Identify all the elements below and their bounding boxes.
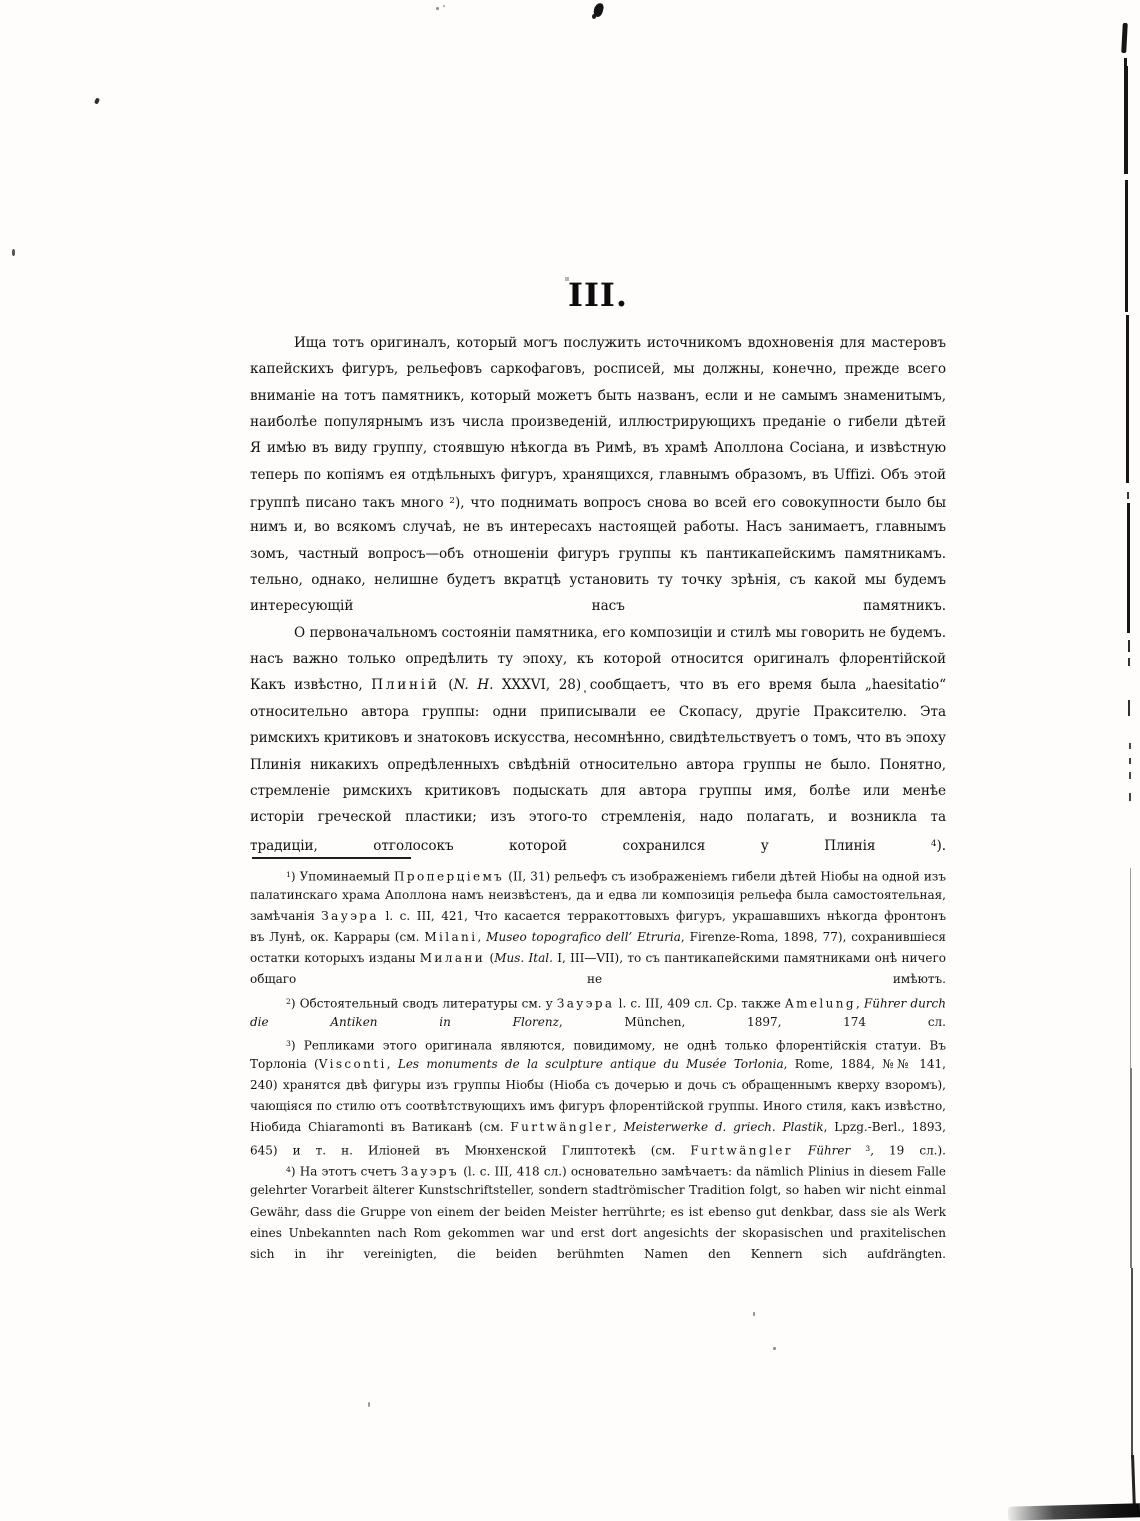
text-line: sich in ihr vereinigten, die beiden berü… (250, 1244, 946, 1265)
text-line: капейскихъ фигуръ, рельефовъ саркофаговъ… (250, 356, 946, 382)
page-edge-line (1121, 23, 1128, 53)
page-edge-line (1128, 700, 1130, 716)
text-line: Я имѣю въ виду группу, стоявшую нѣкогда … (250, 435, 946, 461)
text-line: Gewähr, dass die Gruppe von einem der be… (250, 1202, 946, 1223)
scan-ink-blob (592, 14, 596, 19)
footnote: 3) Репликами этого оригинала являются, п… (250, 1033, 946, 1160)
footnotes: 1) Упоминаемый Проперціемъ (II, 31) рель… (250, 864, 946, 1265)
footnote-marker: 2 (449, 496, 455, 506)
main-text: Ища тотъ оригиналъ, который могъ послужи… (250, 330, 946, 857)
scan-speck (753, 1312, 755, 1316)
text-line: Ища тотъ оригиналъ, который могъ послужи… (250, 330, 946, 356)
italic-text: Les monuments de la sculpture antique du… (398, 1057, 784, 1071)
italic-text: die Antiken in Florenz (250, 1015, 559, 1029)
page-edge-line (1126, 315, 1129, 483)
spaced-name: Проперціемъ (394, 869, 504, 883)
text-line: относительно автора группы: одни приписы… (250, 699, 946, 725)
spaced-name: Furtwängler (690, 1144, 793, 1158)
text-line: Какъ извѣстно, Плиній (N. H. XXXVI, 28) … (250, 672, 946, 698)
spaced-name: Милани (420, 951, 485, 965)
text-line: остатки которыхъ изданы Милани (Mus. Ita… (250, 948, 946, 969)
italic-text: Führer (808, 1144, 865, 1158)
footnote: 1) Упоминаемый Проперціемъ (II, 31) рель… (250, 864, 946, 991)
scan-speck (773, 1347, 776, 1350)
page-edge-line (1130, 868, 1131, 1068)
spaced-name: Milani (424, 930, 477, 944)
page-edge-line (1128, 640, 1130, 652)
paragraph: Ища тотъ оригиналъ, который могъ послужи… (250, 330, 946, 620)
text-line: Плинія никакихъ опредѣленныхъ свѣдѣній о… (250, 752, 946, 778)
text-line: интересующій насъ памятникъ. (250, 593, 946, 619)
footnote-separator-rule (252, 857, 411, 859)
text-line: Ніобида Chiaramonti въ Ватиканѣ (см. Fur… (250, 1117, 946, 1138)
page-edge-line (1125, 180, 1128, 312)
text-line: 240) хранятся двѣ фигуры изъ группы Ніоб… (250, 1075, 946, 1096)
scan-speck (584, 690, 586, 693)
scan-speck (12, 249, 15, 256)
scanned-page: III. Ища тотъ оригиналъ, который могъ по… (0, 0, 1140, 1521)
spaced-name: Amelung (785, 996, 856, 1010)
text-line: eines Unbekannten nach Rom gekommen war … (250, 1223, 946, 1244)
text-line: 645) и т. н. Иліоней въ Мюнхенской Глипт… (250, 1138, 946, 1159)
scan-speck (94, 97, 100, 104)
page-edge-line (1127, 492, 1129, 499)
footnote-marker: 3 (286, 1039, 291, 1048)
footnote: 4) На этотъ счетъ Зауэръ (l. c. III, 418… (250, 1159, 946, 1264)
text-line: gelehrter Vorarbeit älterer Kunstschrift… (250, 1180, 946, 1201)
footnote-marker: 4 (931, 839, 937, 849)
text-line: группѣ писано такъ много 2), что поднима… (250, 488, 946, 514)
spaced-name: Зауэръ (401, 1165, 459, 1179)
text-line: 1) Упоминаемый Проперціемъ (II, 31) рель… (250, 864, 946, 885)
text-line: вниманіе на тотъ памятникъ, который може… (250, 383, 946, 409)
spaced-name: Плиній (371, 677, 439, 693)
text-line: die Antiken in Florenz, München, 1897, 1… (250, 1012, 946, 1033)
italic-text: Führer durch (864, 996, 946, 1010)
spaced-name: Зауэра (321, 909, 379, 923)
scan-speck (436, 7, 439, 10)
text-line: римскихъ критиковъ и знатоковъ искусства… (250, 725, 946, 751)
text-line: въ Лунѣ, ок. Каррары (см. Milani, Museo … (250, 927, 946, 948)
page-edge-line (1127, 503, 1130, 633)
italic-text: Meisterwerke d. griech. Plastik (624, 1120, 824, 1134)
paragraph: О первоначальномъ состояніи памятника, е… (250, 620, 946, 857)
page-edge-line (1129, 743, 1131, 749)
footnote-marker: 3 (865, 1144, 870, 1153)
text-line: наиболѣе популярнымъ изъ числа произведе… (250, 409, 946, 435)
text-line: тельно, однако, нелишне будетъ вкратцѣ у… (250, 567, 946, 593)
page-edge-line (1129, 758, 1131, 764)
page-edge-line (1131, 1455, 1136, 1510)
text-line: 3) Репликами этого оригинала являются, п… (250, 1033, 946, 1054)
chapter-heading: III. (250, 276, 946, 314)
text-line: Торлоніа (Visconti, Les monuments de la … (250, 1054, 946, 1075)
text-line: насъ важно только опредѣлить ту эпоху, к… (250, 646, 946, 672)
italic-text: Museo topografico dell’ Etruria (486, 930, 681, 944)
text-line: традиціи, отголосокъ которой сохранился … (250, 831, 946, 857)
scan-smudge-bottom-right (1008, 1503, 1140, 1520)
page-edge-line (1129, 793, 1131, 801)
text-line: нимъ и, во всякомъ случаѣ, не въ интерес… (250, 514, 946, 540)
text-line: стремленіе римскихъ критиковъ подыскать … (250, 778, 946, 804)
text-line: теперь по копіямъ ея отдѣльныхъ фигуръ, … (250, 462, 946, 488)
text-line: палатинскаго храма Аполлона намъ неизвѣс… (250, 885, 946, 906)
text-line: 4) На этотъ счетъ Зауэръ (l. c. III, 418… (250, 1159, 946, 1180)
text-line: 2) Обстоятельный сводъ литературы см. у … (250, 991, 946, 1012)
text-line: зомъ, частный вопросъ—объ отношеніи фигу… (250, 541, 946, 567)
scan-speck (368, 1402, 370, 1407)
footnote: 2) Обстоятельный сводъ литературы см. у … (250, 991, 946, 1033)
page-edge-line (1131, 1268, 1133, 1458)
italic-text: N. H. (453, 677, 493, 693)
footnote-marker: 2 (286, 997, 291, 1006)
text-line: О первоначальномъ состояніи памятника, е… (250, 620, 946, 646)
spaced-name: Furtwängler (510, 1120, 613, 1134)
page-edge-line (1129, 772, 1131, 779)
spaced-name: Visconti (319, 1057, 387, 1071)
spaced-name: Зауэра (557, 996, 615, 1010)
text-line: общаго не имѣютъ. (250, 969, 946, 990)
scan-speck (565, 277, 569, 281)
page-edge-line (1128, 658, 1130, 666)
scan-speck (443, 5, 445, 7)
text-line: замѣчанія Зауэра l. c. III, 421, Что кас… (250, 906, 946, 927)
text-line: чающіяся по стилю отъ соотвѣтствующихъ и… (250, 1096, 946, 1117)
text-line: исторіи греческой пластики; изъ этого-то… (250, 804, 946, 830)
footnote-marker: 1 (286, 870, 291, 879)
italic-text: Mus. Ital. (494, 951, 553, 965)
footnote-marker: 4 (286, 1165, 291, 1174)
page-edge-line (1124, 66, 1128, 174)
page-edge-line (1130, 1068, 1132, 1268)
